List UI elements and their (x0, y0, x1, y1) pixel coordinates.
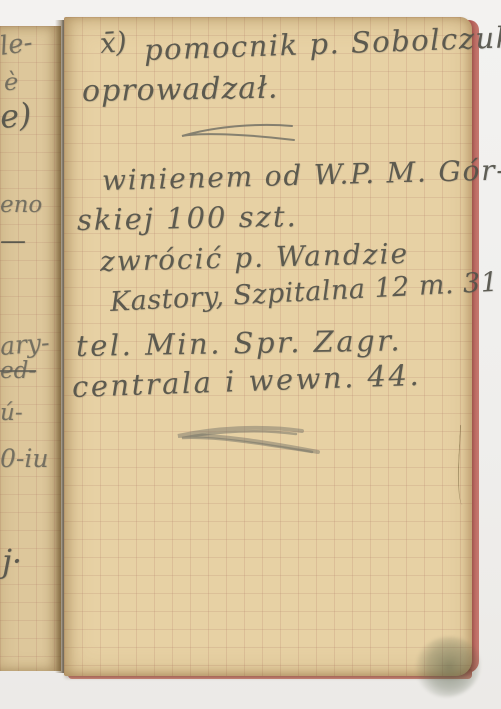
separator-flourish (162, 419, 332, 465)
separator-flourish (168, 117, 308, 155)
handwriting-line-1: pomocnik p. Sobolczuk (143, 20, 501, 67)
left-page-fragment: ú- (0, 400, 23, 426)
left-page-fragment-struck: ed- (0, 358, 36, 384)
left-page-fragment: è (4, 68, 18, 96)
left-page-fragment: — (0, 226, 26, 256)
ink-stain (416, 637, 480, 697)
notebook-page: x̄) pomocnik p. Sobolczuk oprowadzał. wi… (64, 17, 472, 676)
handwriting-line-2: oprowadzał. (82, 71, 279, 109)
left-page-fragment: eno (0, 192, 42, 218)
paper-fiber-mark (456, 425, 471, 505)
left-page-fragment: j· (2, 542, 22, 580)
footnote-marker: x̄) (99, 25, 128, 60)
left-page-edge: le- è e) eno — ary- ed- ú- 0-iu j· (0, 26, 61, 671)
notebook-photo: le- è e) eno — ary- ed- ú- 0-iu j· x̄) p… (0, 0, 501, 709)
handwriting-line-5: zwrócić p. Wandzie (100, 237, 410, 278)
handwriting-line-7: tel. Min. Spr. Zagr. (76, 323, 403, 363)
left-page-fragment: ary- (0, 328, 51, 361)
left-page-fragment: e) (0, 95, 33, 136)
handwriting-line-8: centrala i wewn. 44. (71, 358, 421, 404)
left-page-fragment: 0-iu (0, 444, 48, 473)
handwriting-line-4: skiej 100 szt. (77, 199, 298, 237)
handwriting-line-3: winienem od W.P. M. Gór- (102, 153, 501, 197)
left-page-fragment: le- (0, 28, 34, 62)
